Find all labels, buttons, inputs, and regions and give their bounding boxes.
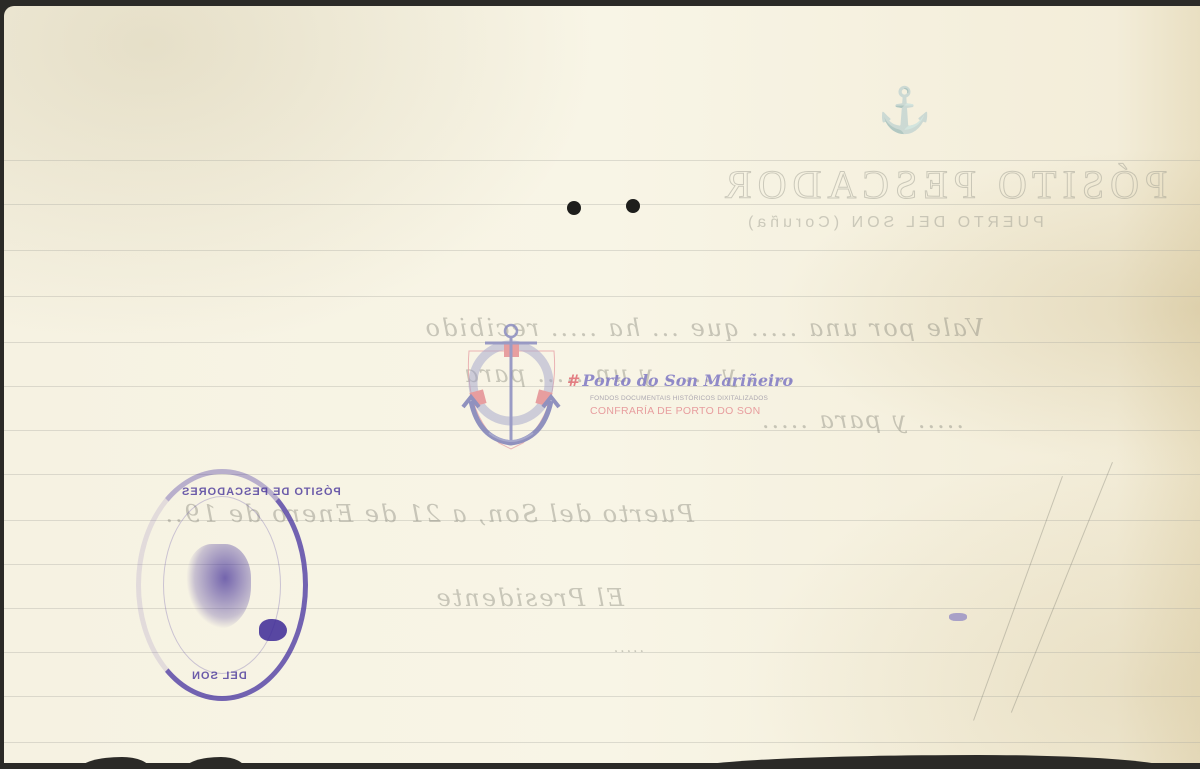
stamp-text-bottom: DEL SON [191, 670, 247, 682]
eagle-emblem-icon [186, 544, 251, 629]
ruled-line [4, 474, 1200, 475]
ruled-line [4, 250, 1200, 251]
pencil-stroke [1011, 462, 1113, 713]
punch-hole [626, 199, 640, 213]
handwriting-line-bleed: ..... [524, 640, 644, 656]
hashtag-icon: # [567, 371, 580, 390]
handwriting-line-bleed: El Presidente [384, 584, 624, 612]
ink-speck [949, 613, 967, 621]
ink-blot [259, 619, 287, 641]
official-stamp: PÓSITO DE PESCADORES DEL SON [136, 469, 308, 701]
watermark-organization: CONFRARÍA DE PORTO DO SON [590, 405, 760, 417]
cofradia-anchor-logo-icon [459, 321, 564, 461]
watermark-brand: #Porto do Son Mariñeiro [567, 371, 793, 390]
handwriting-line-bleed: Puerto del Son, a 21 de Enero de 19.. [294, 500, 694, 528]
punch-hole [567, 201, 581, 215]
letterhead-subtitle-bleed: PUERTO DEL SON (Coruña) [744, 214, 1044, 232]
ruled-line [4, 742, 1200, 743]
watermark-brand-text: Porto do Son Mariñeiro [582, 371, 793, 390]
stamp-text-ring: PÓSITO DE PESCADORES [181, 486, 341, 498]
letterhead-title-bleed: PÓSITO PESCADOR [719, 161, 1167, 208]
scan-background: ⚓ PÓSITO PESCADOR PUERTO DEL SON (Coruña… [0, 0, 1200, 769]
ruled-line [4, 696, 1200, 697]
document-page: ⚓ PÓSITO PESCADOR PUERTO DEL SON (Coruña… [4, 6, 1200, 763]
watermark-tagline: FONDOS DOCUMENTAIS HISTÓRICOS DIXITALIZA… [590, 395, 768, 402]
archive-watermark: #Porto do Son Mariñeiro FONDOS DOCUMENTA… [459, 321, 759, 461]
pencil-stroke [973, 476, 1063, 721]
anchor-icon: ⚓ [902, 84, 932, 144]
ruled-line [4, 296, 1200, 297]
